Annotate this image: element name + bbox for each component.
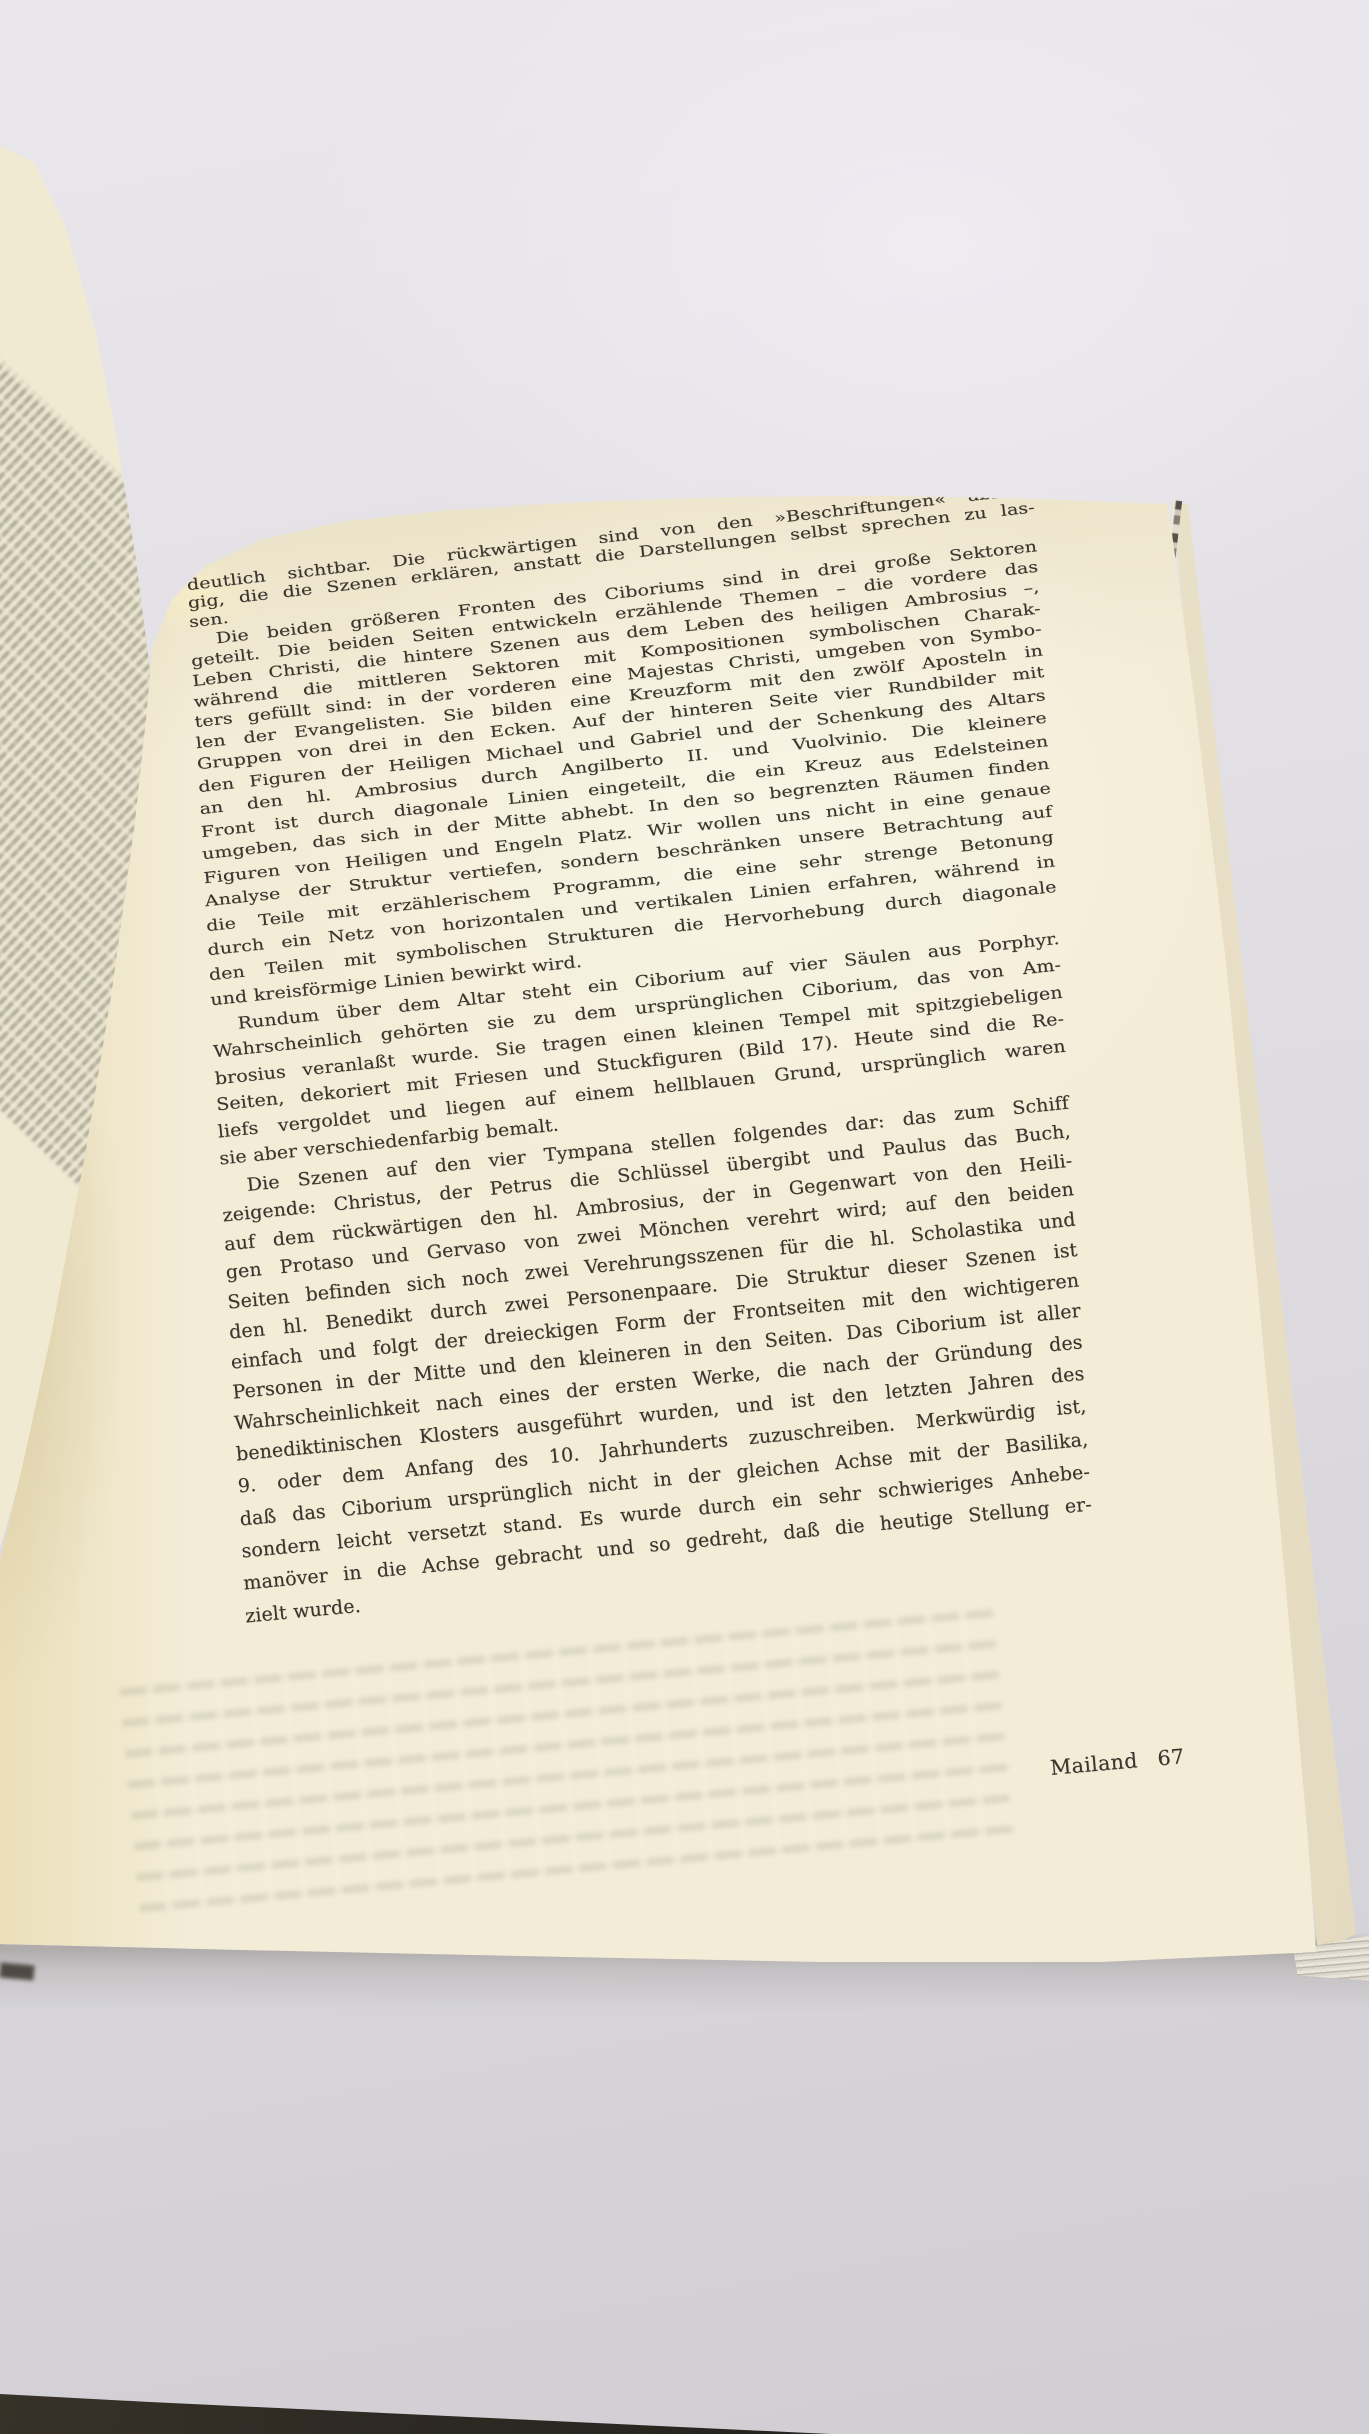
page-text-block: deutlich sichtbar. Die rückwärtigen sind… — [186, 487, 1144, 1629]
page-number: 67 — [1156, 1744, 1185, 1770]
left-edge-shadow — [0, 1963, 35, 1981]
running-head: Mailand — [1049, 1748, 1138, 1780]
page-footer: Mailand67 — [1049, 1744, 1185, 1780]
show-through-text — [119, 1609, 1016, 1916]
book-photo-scene: deutlich sichtbar. Die rückwärtigen sind… — [0, 0, 1369, 2434]
paragraph: Die Szenen auf den vier Tympana stellen … — [249, 1082, 1144, 1629]
